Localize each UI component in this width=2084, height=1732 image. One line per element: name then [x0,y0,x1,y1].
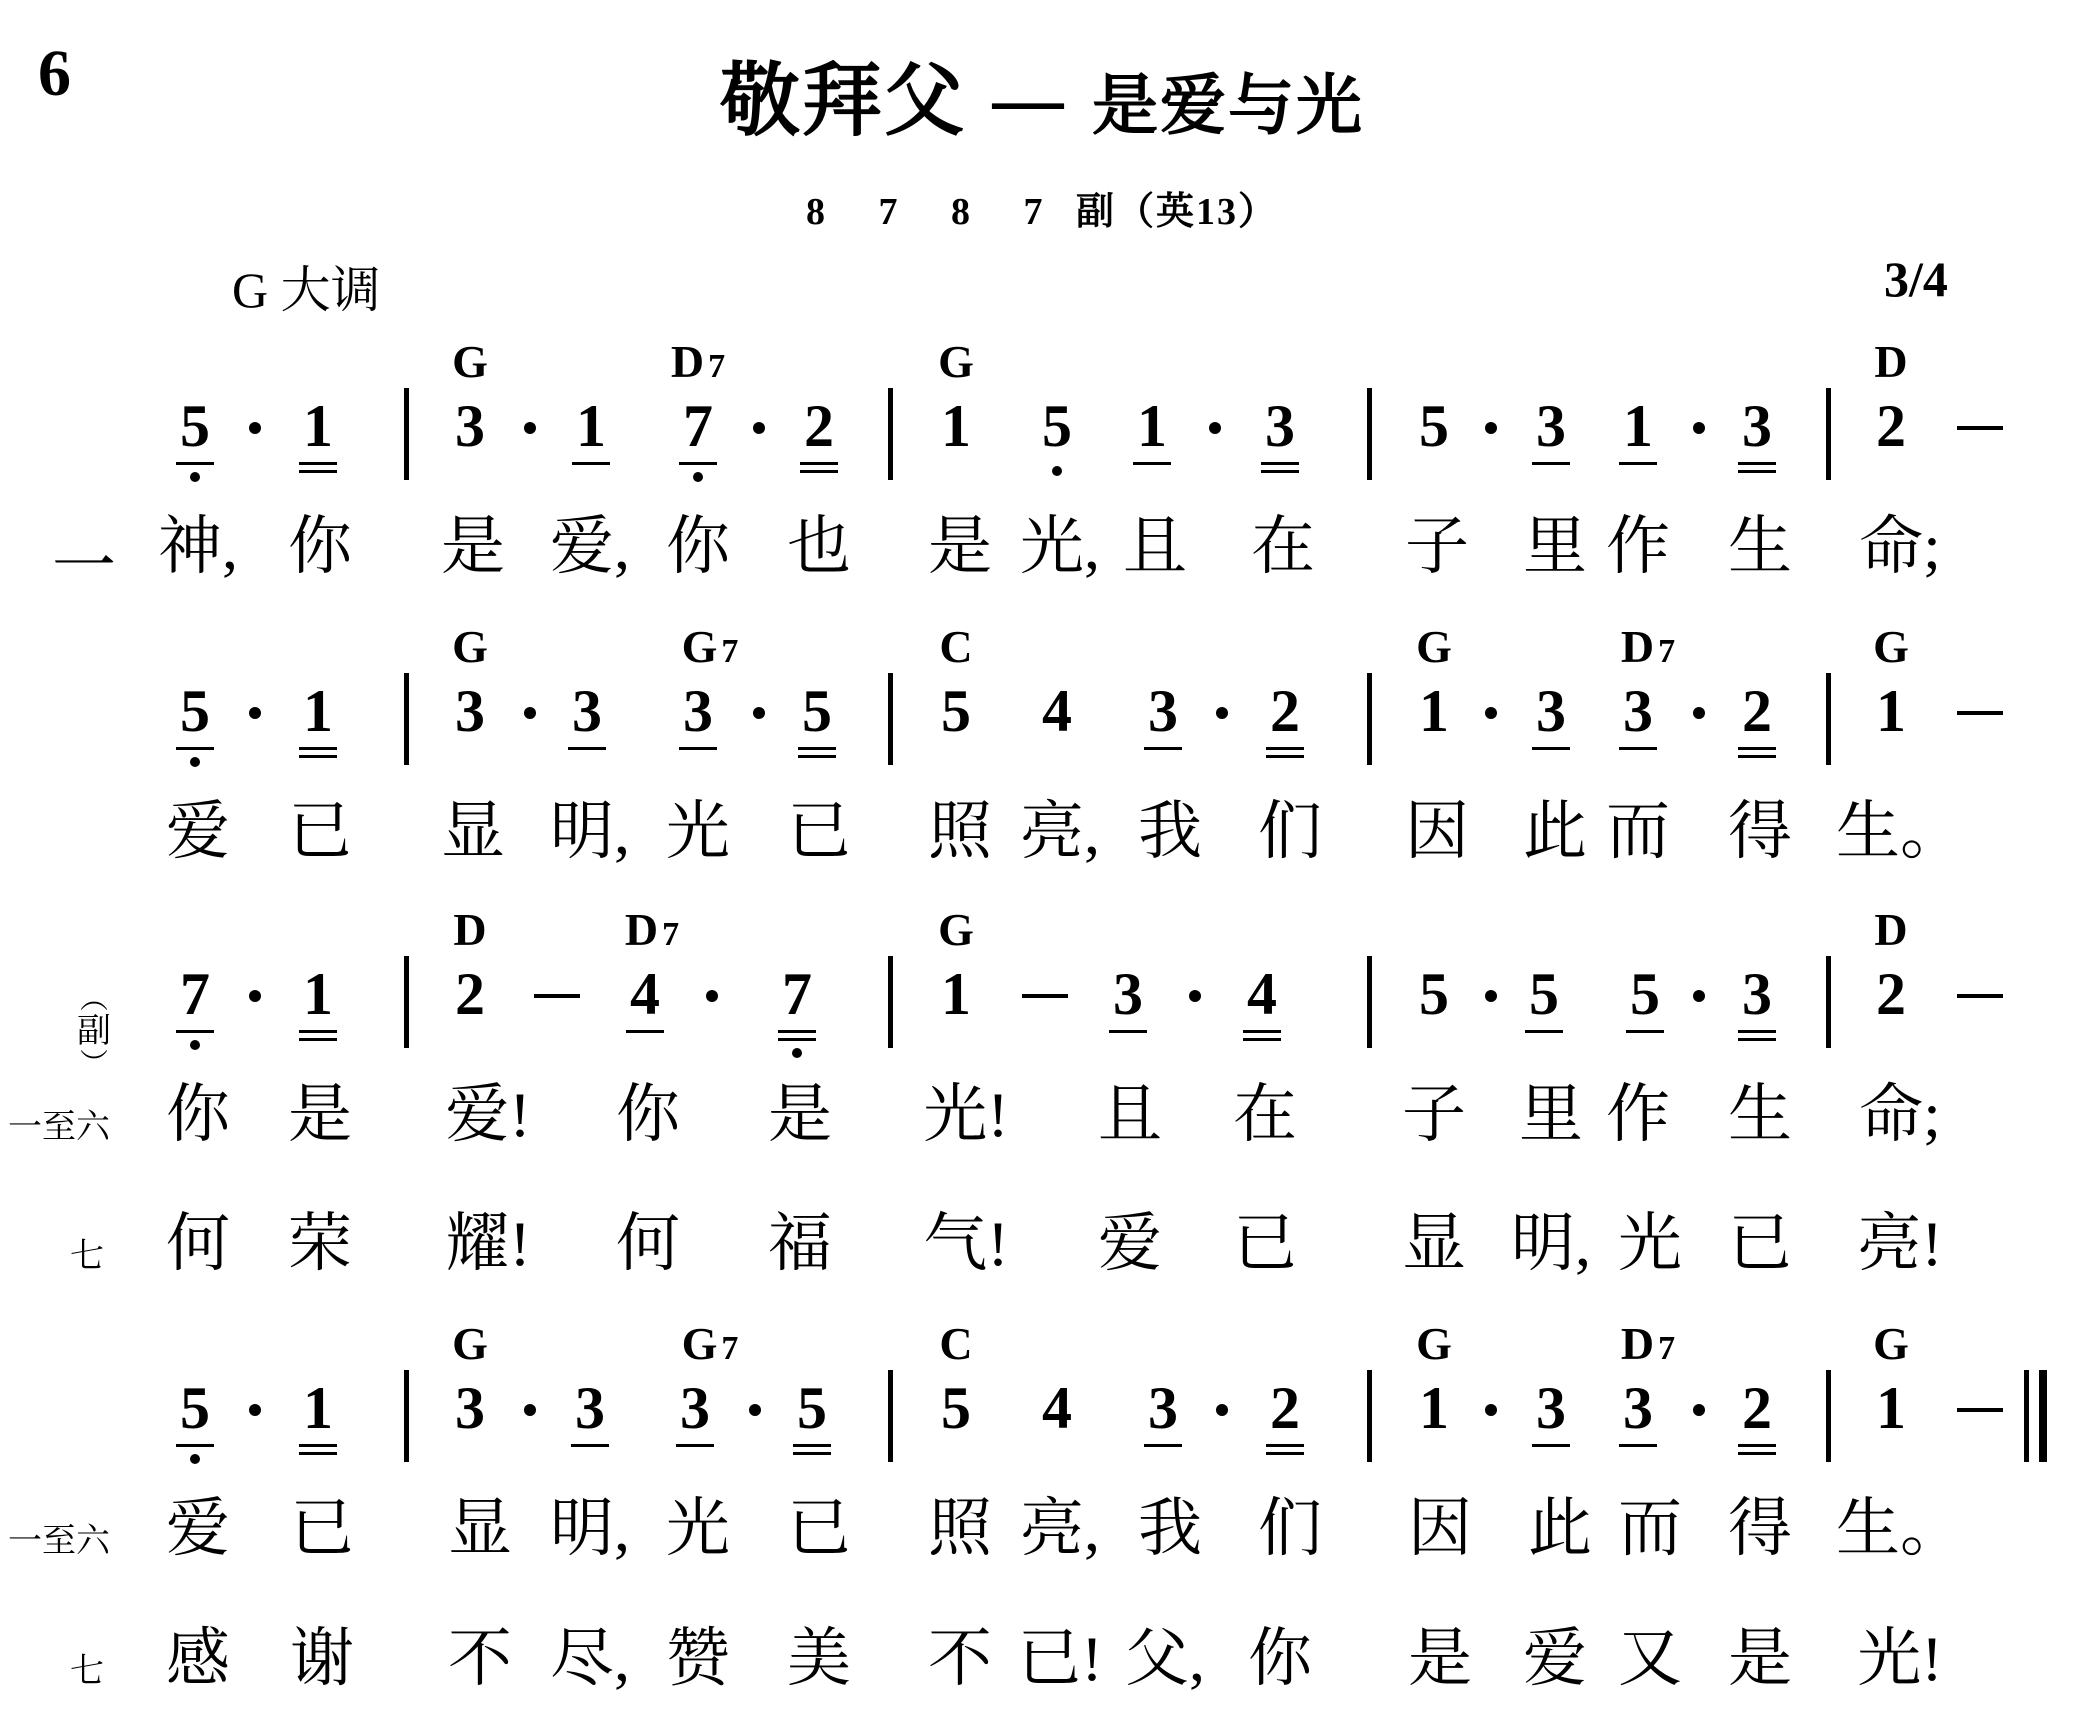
augmentation-dot [753,707,765,719]
note-digit: 2 [1876,961,1906,1027]
underline-eighth [800,462,838,465]
lyric-syllable: 光 [1618,1212,1682,1276]
barline [888,1370,893,1462]
chord-symbol: D7 [1621,620,1675,673]
note-digit: 3 [680,1375,710,1441]
note: 5 [941,1378,971,1438]
note: 5 [180,681,210,741]
lyric-syllable: 爱 [166,800,230,864]
underline-eighth [798,747,836,750]
note-digit: 1 [576,393,606,459]
underline-sixteenth [798,755,836,758]
lyric-syllable: 而 [1618,1497,1682,1561]
chord-symbol: G [452,335,488,388]
note: 3 [683,681,713,741]
refrain-marker: ︵ 副 ︶ [74,985,114,1079]
note: 2 [1876,964,1906,1024]
refrain-paren-close: ︶ [74,1050,114,1079]
lyric-syllable: 是 [1408,1627,1472,1691]
underline-sixteenth [1738,755,1776,758]
chord-root: G [452,336,488,387]
augmentation-dot [1693,422,1705,434]
refrain-label: 副 [77,1013,111,1050]
chord-root: C [939,621,972,672]
augmentation-dot [1693,707,1705,719]
lyric-syllable: 命; [1859,1083,1941,1147]
lyric-syllable: 生 [1728,515,1792,579]
barline [404,1370,409,1462]
underline-eighth [572,462,610,465]
barline [1826,1370,1831,1462]
note-digit: 4 [630,961,660,1027]
underline-sixteenth [1738,1452,1776,1455]
lyric-syllable: 明, [1511,1212,1591,1276]
augmentation-dot [749,1404,761,1416]
note-digit: 1 [1876,678,1906,744]
lyric-syllable: 感 [166,1627,230,1691]
underline-eighth [1144,747,1182,750]
lower-octave-dot [792,1048,802,1058]
lyric-syllable: 已 [787,800,851,864]
note-digit: 1 [303,678,333,744]
duration-dash [1957,426,2003,430]
barline [404,388,409,480]
underline-eighth [793,1444,831,1447]
note: 2 [1876,396,1906,456]
note-digit: 2 [804,393,834,459]
chord-symbol: D [1874,903,1907,956]
underline-sixteenth [1243,1038,1281,1041]
lyric-syllable: 何 [166,1212,230,1276]
chord-root: G [938,336,974,387]
underline-eighth [1109,1030,1147,1033]
underline-eighth [676,1444,714,1447]
note: 3 [1148,1378,1178,1438]
meter-line: 8 7 8 7 副（英13） [0,180,2084,235]
meter: 8 7 8 7 [806,191,1065,233]
note: 3 [1742,396,1772,456]
lyric-syllable: 也 [787,515,851,579]
lyric-syllable: 已 [1728,1212,1792,1276]
note: 1 [1137,396,1167,456]
underline-sixteenth [299,1038,337,1041]
underline-sixteenth [793,1452,831,1455]
underline-eighth [1261,462,1299,465]
lyric-syllable: 因 [1405,800,1469,864]
note: 1 [303,681,333,741]
note: 1 [1419,681,1449,741]
chord-root: D [453,904,486,955]
chord-extension: 7 [721,633,738,670]
underline-eighth [1243,1030,1281,1033]
note: 3 [1623,681,1653,741]
note: 2 [455,964,485,1024]
note: 3 [455,1378,485,1438]
lyric-syllable: 荣 [288,1212,352,1276]
augmentation-dot [1216,1404,1228,1416]
note-digit: 5 [180,678,210,744]
note: 3 [575,1378,605,1438]
underline-eighth [778,1030,816,1033]
note: 4 [1247,964,1277,1024]
underline-sixteenth [800,470,838,473]
note-digit: 3 [575,1375,605,1441]
underline-eighth [1266,747,1304,750]
barline [404,673,409,765]
underline-eighth [1525,1030,1563,1033]
lyric-syllable: 光, [1020,515,1100,579]
lower-octave-dot [190,472,200,482]
lyric-syllable: 生 [1728,1083,1792,1147]
lyric-syllable: 已 [1233,1212,1297,1276]
lyric-syllable: 爱! [445,1083,530,1147]
note-digit: 3 [683,678,713,744]
note-digit: 1 [1137,393,1167,459]
note: 2 [1270,681,1300,741]
note: 1 [941,396,971,456]
underline-eighth [1144,1444,1182,1447]
duration-dash [1957,711,2003,715]
chord-root: D [1874,904,1907,955]
lyric-syllable: 而 [1606,800,1670,864]
chord-root: G [938,904,974,955]
lyric-syllable: 耀! [445,1212,530,1276]
underline-eighth [1738,462,1776,465]
underline-eighth [176,747,214,750]
note: 7 [180,964,210,1024]
chord-symbol: G [938,903,974,956]
note: 5 [1630,964,1660,1024]
augmentation-dot [249,707,261,719]
underline-eighth [176,1030,214,1033]
note-digit: 5 [1529,961,1559,1027]
lyric-syllable: 尽, [550,1627,630,1691]
lyric-syllable: 且 [1098,1083,1162,1147]
chord-symbol: G [452,620,488,673]
note-digit: 5 [180,1375,210,1441]
lyric-syllable: 你 [166,1083,230,1147]
chord-root: G [1416,621,1452,672]
verse-label: 七 [70,1228,104,1277]
refrain-paren-open: ︵ [74,985,114,1014]
lower-octave-dot [1052,466,1062,476]
note-digit: 3 [1536,678,1566,744]
barline [1826,673,1831,765]
note: 1 [303,964,333,1024]
note-digit: 3 [1623,1375,1653,1441]
augmentation-dot [706,990,718,1002]
note: 3 [1148,681,1178,741]
lower-octave-dot [190,1454,200,1464]
lyric-syllable: 你 [616,1083,680,1147]
augmentation-dot [249,422,261,434]
note: 5 [802,681,832,741]
barline [1367,1370,1372,1462]
note-digit: 1 [303,1375,333,1441]
barline [888,956,893,1048]
lyric-syllable: 命; [1859,515,1941,579]
note-digit: 3 [1536,393,1566,459]
barline [888,673,893,765]
lyric-syllable: 光 [666,800,730,864]
note: 1 [303,1378,333,1438]
underline-eighth [1266,1444,1304,1447]
lower-octave-dot [190,1040,200,1050]
lyric-syllable: 已 [288,800,352,864]
chord-root: D [671,336,704,387]
lyric-syllable: 已! [1017,1627,1102,1691]
underline-sixteenth [1738,470,1776,473]
chord-symbol: G [938,335,974,388]
underline-eighth [1738,747,1776,750]
note-digit: 3 [455,393,485,459]
note: 1 [1876,1378,1906,1438]
meter-source: 副（英13） [1076,191,1278,233]
lyric-syllable: 子 [1405,515,1469,579]
note: 5 [1042,396,1072,456]
note-digit: 2 [1270,1375,1300,1441]
augmentation-dot [1485,707,1497,719]
note: 1 [1623,396,1653,456]
chord-symbol: D7 [671,335,725,388]
underline-eighth [1532,747,1570,750]
lyric-syllable: 显 [441,800,505,864]
barline [1826,956,1831,1048]
note-digit: 1 [941,961,971,1027]
note: 1 [1876,681,1906,741]
note-digit: 3 [455,678,485,744]
chord-root: G [452,1318,488,1369]
note-digit: 7 [180,961,210,1027]
barline [1826,388,1831,480]
note: 5 [180,396,210,456]
note-digit: 2 [1742,1375,1772,1441]
time-signature: 3/4 [1884,250,1948,308]
lyric-syllable: 亮, [1020,800,1100,864]
note: 5 [941,681,971,741]
key-signature: G 大调 [232,250,381,322]
note: 3 [1536,396,1566,456]
title-main: 敬拜父 [720,54,966,147]
note: 3 [1536,1378,1566,1438]
note-digit: 5 [1419,393,1449,459]
lyric-syllable: 我 [1138,800,1202,864]
augmentation-dot [1209,422,1221,434]
note-digit: 5 [1042,393,1072,459]
underline-eighth [1532,462,1570,465]
note: 3 [1265,396,1295,456]
note-digit: 3 [1113,961,1143,1027]
augmentation-dot [1216,707,1228,719]
title-dash: — [988,54,1070,147]
note-digit: 5 [1419,961,1449,1027]
barline [1367,388,1372,480]
lyric-syllable: 光! [923,1083,1008,1147]
underline-eighth [299,747,337,750]
chord-symbol: C [939,620,972,673]
lyric-syllable: 赞 [666,1627,730,1691]
final-barline-thin [2024,1370,2029,1462]
note-digit: 5 [941,678,971,744]
lyric-syllable: 是 [288,1083,352,1147]
lyric-syllable: 亮! [1857,1212,1942,1276]
final-barline-thick [2039,1370,2047,1462]
underline-eighth [1619,462,1657,465]
underline-eighth [299,1444,337,1447]
lyric-syllable: 得 [1728,800,1792,864]
lyric-syllable: 作 [1606,515,1670,579]
chord-extension: 7 [662,916,679,953]
lyric-syllable: 显 [448,1497,512,1561]
note-digit: 5 [180,393,210,459]
note-digit: 4 [1042,1375,1072,1441]
note-digit: 5 [1630,961,1660,1027]
lyric-syllable: 在 [1233,1083,1297,1147]
lyric-syllable: 你 [288,515,352,579]
verse-label: 一至六 [8,1513,110,1562]
underline-eighth [176,1444,214,1447]
lyric-syllable: 又 [1618,1627,1682,1691]
augmentation-dot [1485,1404,1497,1416]
note-digit: 2 [1270,678,1300,744]
note: 5 [797,1378,827,1438]
underline-sixteenth [1266,1452,1304,1455]
note: 2 [1742,1378,1772,1438]
chord-symbol: G [1416,1317,1452,1370]
duration-dash [1022,994,1068,998]
note: 1 [576,396,606,456]
lyric-syllable: 不 [448,1627,512,1691]
note-digit: 3 [1148,1375,1178,1441]
barline [404,956,409,1048]
note: 1 [941,964,971,1024]
lyric-syllable: 明, [550,800,630,864]
augmentation-dot [1485,422,1497,434]
note-digit: 4 [1247,961,1277,1027]
lyric-syllable: 已 [290,1497,354,1561]
underline-eighth [679,462,717,465]
note-digit: 2 [1876,393,1906,459]
note: 4 [630,964,660,1024]
lyric-syllable: 福 [768,1212,832,1276]
lyric-syllable: 已 [787,1497,851,1561]
lyric-syllable: 得 [1728,1497,1792,1561]
note: 7 [683,396,713,456]
note-digit: 3 [1148,678,1178,744]
lyric-syllable: 照 [928,800,992,864]
underline-sixteenth [299,470,337,473]
lyric-syllable: 气! [923,1212,1008,1276]
note: 1 [1419,1378,1449,1438]
augmentation-dot [1693,990,1705,1002]
underline-eighth [1532,1444,1570,1447]
chord-root: G [682,621,718,672]
underline-eighth [1738,1444,1776,1447]
chord-root: G [452,621,488,672]
lyric-syllable: 是 [768,1083,832,1147]
lower-octave-dot [190,757,200,767]
chord-root: G [1873,1318,1909,1369]
verse-label: 一 [52,515,116,607]
lyric-syllable: 爱 [166,1497,230,1561]
chord-root: D [1621,621,1654,672]
note: 2 [1270,1378,1300,1438]
note-digit: 1 [1419,678,1449,744]
note-digit: 3 [1742,961,1772,1027]
note-digit: 4 [1042,678,1072,744]
lyric-syllable: 显 [1402,1212,1466,1276]
underline-sixteenth [299,755,337,758]
note-digit: 7 [683,393,713,459]
note-digit: 3 [1265,393,1295,459]
note-digit: 1 [303,393,333,459]
note-digit: 5 [797,1375,827,1441]
chord-symbol: G7 [682,620,739,673]
underline-sixteenth [1266,755,1304,758]
augmentation-dot [1693,1404,1705,1416]
note: 5 [180,1378,210,1438]
title-subtitle: 是爱与光 [1092,67,1364,144]
lyric-syllable: 里 [1523,515,1587,579]
lyric-syllable: 你 [1248,1627,1312,1691]
note: 3 [455,681,485,741]
note: 3 [572,681,602,741]
lyric-syllable: 照 [928,1497,992,1561]
lyric-syllable: 神, [158,515,238,579]
chord-extension: 7 [1658,633,1675,670]
note-digit: 5 [802,678,832,744]
underline-sixteenth [1261,470,1299,473]
underline-eighth [176,462,214,465]
duration-dash [1957,994,2003,998]
underline-eighth [571,1444,609,1447]
lyric-syllable: 爱 [1098,1212,1162,1276]
note: 5 [1419,396,1449,456]
lyric-syllable: 父, [1125,1627,1205,1691]
note-digit: 2 [1742,678,1772,744]
note: 3 [1742,964,1772,1024]
underline-sixteenth [778,1038,816,1041]
note-digit: 3 [1623,678,1653,744]
note-digit: 5 [941,1375,971,1441]
augmentation-dot [1189,990,1201,1002]
underline-sixteenth [1738,1038,1776,1041]
augmentation-dot [524,422,536,434]
chord-extension: 7 [708,348,725,385]
lyric-syllable: 子 [1402,1083,1466,1147]
lyric-syllable: 作 [1606,1083,1670,1147]
note: 3 [1536,681,1566,741]
duration-dash [534,994,580,998]
note-digit: 3 [455,1375,485,1441]
chord-extension: 7 [1658,1330,1675,1367]
note: 5 [1529,964,1559,1024]
lyric-syllable: 是 [928,515,992,579]
note-digit: 3 [572,678,602,744]
chord-symbol: G [1416,620,1452,673]
barline [888,388,893,480]
note: 3 [455,396,485,456]
duration-dash [1957,1408,2003,1412]
augmentation-dot [249,1404,261,1416]
chord-symbol: D [1874,335,1907,388]
chord-root: D [625,904,658,955]
lyric-syllable: 生。 [1836,800,1964,864]
note: 1 [303,396,333,456]
lower-octave-dot [693,472,703,482]
augmentation-dot [524,1404,536,1416]
augmentation-dot [524,707,536,719]
